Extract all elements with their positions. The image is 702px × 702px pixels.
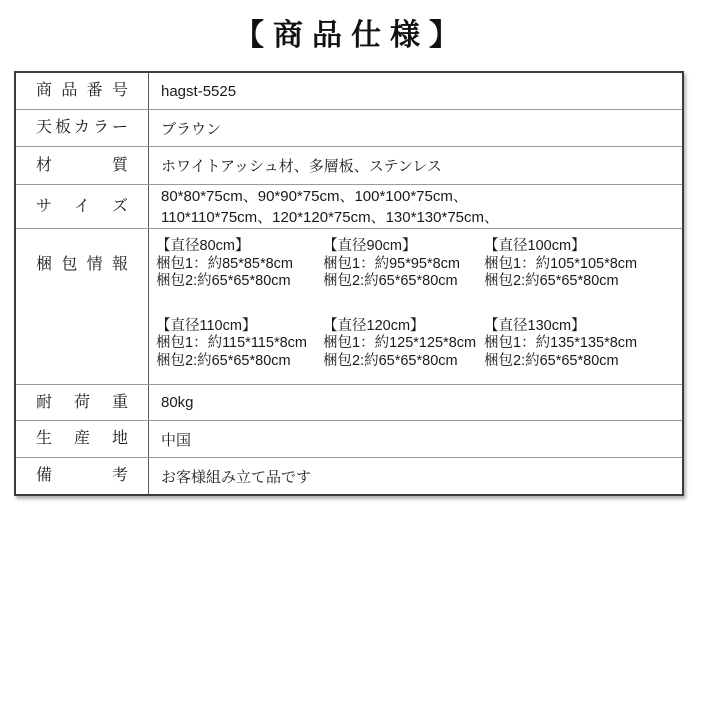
load-capacity-value: 80kg	[161, 394, 194, 411]
row-label-origin: 生産地	[36, 431, 128, 447]
packing-block-title: 【直径100cm】	[484, 238, 637, 256]
row-value-product-number: hagst-5525	[149, 73, 682, 109]
table-row-origin: 生産地 中国	[16, 420, 682, 457]
packing-line-1: 梱包1：約95*95*8cm	[323, 256, 484, 274]
row-label-top-color: 天板カラー	[36, 120, 128, 136]
table-row-product-number: 商品番号 hagst-5525	[16, 73, 682, 109]
packing-block-title: 【直径120cm】	[323, 318, 484, 336]
row-label-cell: 生産地	[16, 421, 149, 457]
packing-block-title: 【直径110cm】	[156, 318, 323, 336]
row-value-top-color: ブラウン	[149, 110, 682, 146]
remarks-value: お客様組み立て品です	[161, 466, 311, 487]
packing-block-80cm: 【直径80cm】 梱包1：約85*85*8cm 梱包2:約65*65*80cm	[156, 238, 323, 291]
packing-block-title: 【直径80cm】	[156, 238, 323, 256]
packing-grid: 【直径80cm】 梱包1：約85*85*8cm 梱包2:約65*65*80cm …	[156, 238, 637, 370]
packing-line-1: 梱包1：約85*85*8cm	[156, 256, 323, 274]
row-value-remarks: お客様組み立て品です	[149, 458, 682, 494]
table-row-load-capacity: 耐荷重 80kg	[16, 384, 682, 420]
packing-block-130cm: 【直径130cm】 梱包1：約135*135*8cm 梱包2:約65*65*80…	[484, 318, 637, 371]
packing-block-title: 【直径90cm】	[323, 238, 484, 256]
packing-line-1: 梱包1：約125*125*8cm	[323, 335, 484, 353]
row-label-packing: 梱包情報	[36, 257, 128, 273]
row-label-product-number: 商品番号	[36, 83, 128, 99]
row-label-size: サイズ	[36, 199, 128, 215]
row-label-cell: サイズ	[16, 185, 149, 228]
packing-block-100cm: 【直径100cm】 梱包1：約105*105*8cm 梱包2:約65*65*80…	[484, 238, 637, 291]
packing-line-1: 梱包1：約105*105*8cm	[484, 256, 637, 274]
table-row-size: サイズ 80*80*75cm、90*90*75cm、100*100*75cm、 …	[16, 184, 682, 228]
packing-line-1: 梱包1：約135*135*8cm	[484, 335, 637, 353]
page-title: 【商品仕様】	[0, 10, 702, 54]
product-spec-page: 【商品仕様】 商品番号 hagst-5525 天板カラー ブラウン 材質 ホワイ…	[0, 0, 702, 702]
row-value-packing: 【直径80cm】 梱包1：約85*85*8cm 梱包2:約65*65*80cm …	[149, 229, 682, 384]
row-label-cell: 材質	[16, 147, 149, 184]
top-color-value: ブラウン	[161, 118, 221, 139]
product-number-value: hagst-5525	[161, 83, 236, 100]
table-row-remarks: 備考 お客様組み立て品です	[16, 457, 682, 494]
packing-block-110cm: 【直径110cm】 梱包1：約115*115*8cm 梱包2:約65*65*80…	[156, 318, 323, 371]
row-label-material: 材質	[36, 158, 128, 174]
row-value-origin: 中国	[149, 421, 682, 457]
packing-block-90cm: 【直径90cm】 梱包1：約95*95*8cm 梱包2:約65*65*80cm	[323, 238, 484, 291]
packing-line-2: 梱包2:約65*65*80cm	[323, 353, 484, 371]
row-label-remarks: 備考	[36, 468, 128, 484]
table-row-top-color: 天板カラー ブラウン	[16, 109, 682, 146]
packing-line-2: 梱包2:約65*65*80cm	[323, 273, 484, 291]
row-label-load-capacity: 耐荷重	[36, 395, 128, 411]
material-value: ホワイトアッシュ材、多層板、ステンレス	[161, 155, 442, 176]
packing-line-2: 梱包2:約65*65*80cm	[484, 273, 637, 291]
row-label-cell: 天板カラー	[16, 110, 149, 146]
row-label-cell: 耐荷重	[16, 385, 149, 420]
packing-block-120cm: 【直径120cm】 梱包1：約125*125*8cm 梱包2:約65*65*80…	[323, 318, 484, 371]
row-label-cell: 備考	[16, 458, 149, 494]
row-label-cell: 商品番号	[16, 73, 149, 109]
table-row-packing: 梱包情報 【直径80cm】 梱包1：約85*85*8cm 梱包2:約65*65*…	[16, 228, 682, 384]
row-value-material: ホワイトアッシュ材、多層板、ステンレス	[149, 147, 682, 184]
row-label-cell: 梱包情報	[16, 229, 149, 384]
packing-line-2: 梱包2:約65*65*80cm	[156, 353, 323, 371]
size-value: 80*80*75cm、90*90*75cm、100*100*75cm、 110*…	[161, 186, 499, 228]
packing-line-2: 梱包2:約65*65*80cm	[484, 353, 637, 371]
row-value-load-capacity: 80kg	[149, 385, 682, 420]
packing-line-2: 梱包2:約65*65*80cm	[156, 273, 323, 291]
packing-block-title: 【直径130cm】	[484, 318, 637, 336]
packing-line-1: 梱包1：約115*115*8cm	[156, 335, 323, 353]
spec-table: 商品番号 hagst-5525 天板カラー ブラウン 材質 ホワイトアッシュ材、…	[14, 71, 684, 496]
row-value-size: 80*80*75cm、90*90*75cm、100*100*75cm、 110*…	[149, 185, 682, 228]
origin-value: 中国	[161, 429, 191, 450]
table-row-material: 材質 ホワイトアッシュ材、多層板、ステンレス	[16, 146, 682, 184]
